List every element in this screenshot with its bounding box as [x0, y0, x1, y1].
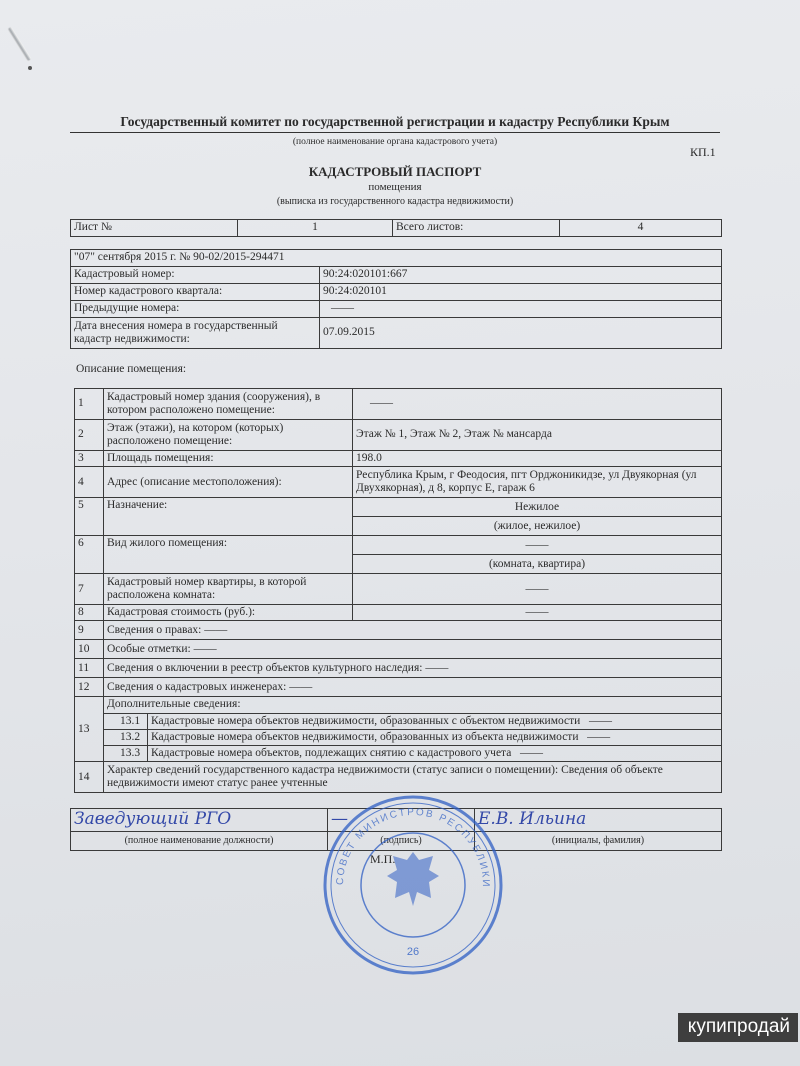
registration-label: Дата внесения номера в государственный к…	[71, 318, 320, 349]
sheet-label: Лист №	[71, 220, 238, 237]
table-row: 1 Кадастровый номер здания (сооружения),…	[75, 389, 722, 420]
sub-row-label: Кадастровые номера объектов недвижимости…	[148, 714, 722, 730]
cadastral-number: 90:24:020101:667	[320, 267, 722, 284]
row-number: 14	[75, 762, 104, 793]
row-number: 2	[75, 420, 104, 451]
row-label: Кадастровая стоимость (руб.):	[104, 605, 353, 621]
document-subtitle: помещения	[70, 181, 720, 193]
registration-label: Кадастровый номер:	[71, 267, 320, 284]
sub-row-label: Кадастровые номера объектов недвижимости…	[148, 729, 722, 745]
special-marks: Особые отметки: ——	[104, 640, 722, 659]
table-row: 13 Дополнительные сведения: 13.1 Кадастр…	[75, 697, 722, 762]
seal-label: М.П.	[370, 852, 395, 867]
row-label: Кадастровый номер здания (сооружения), в…	[104, 389, 353, 420]
purpose-hint: (жилое, нежилое)	[353, 517, 722, 536]
row-label: Кадастровый номер квартиры, в которой ра…	[104, 574, 353, 605]
residential-type-hint: (комната, квартира)	[353, 555, 722, 574]
official-seal-stamp: 26 СОВЕТ МИНИСТРОВ РЕСПУБЛИКИ КРЫМ	[318, 790, 508, 980]
record-status-info: Характер сведений государственного кадас…	[104, 762, 722, 793]
document-subtitle-note: (выписка из государственного кадастра не…	[70, 196, 720, 207]
sub-row-label: Кадастровые номера объектов, подлежащих …	[148, 746, 722, 762]
row-label: Вид жилого помещения:	[104, 536, 353, 574]
address-value: Республика Крым, г Феодосия, пгт Орджони…	[353, 467, 722, 498]
residential-type-value: ——	[353, 536, 722, 555]
watermark: купипродай	[678, 1013, 798, 1042]
cadastral-quarter: 90:24:020101	[320, 284, 722, 301]
table-row: Предыдущие номера: ——	[71, 301, 722, 318]
name-caption: (инициалы, фамилия)	[475, 832, 722, 851]
table-row: 13.2 Кадастровые номера объектов недвижи…	[104, 729, 721, 745]
table-row: 8 Кадастровая стоимость (руб.): ——	[75, 605, 722, 621]
staple-hole	[28, 66, 32, 70]
table-row: 6 Вид жилого помещения: ——	[75, 536, 722, 555]
row-number: 7	[75, 574, 104, 605]
table-row: 13.3 Кадастровые номера объектов, подлеж…	[104, 746, 721, 762]
table-row: 13.1 Кадастровые номера объектов недвижи…	[104, 714, 721, 730]
row-label: Этаж (этажи), на котором (которых) распо…	[104, 420, 353, 451]
row-number: 11	[75, 659, 104, 678]
row-number: 3	[75, 451, 104, 467]
cadastral-value: ——	[353, 605, 722, 621]
table-row: Дата внесения номера в государственный к…	[71, 318, 722, 349]
table-row: 2 Этаж (этажи), на котором (которых) рас…	[75, 420, 722, 451]
entry-date: 07.09.2015	[320, 318, 722, 349]
cadastral-engineers-info: Сведения о кадастровых инженерах: ——	[104, 678, 722, 697]
position-caption: (полное наименование должности)	[71, 832, 328, 851]
row-label: Адрес (описание местоположения):	[104, 467, 353, 498]
row-number: 1	[75, 389, 104, 420]
total-sheets-value: 4	[560, 220, 722, 237]
table-row: 14 Характер сведений государственного ка…	[75, 762, 722, 793]
row-number: 13	[75, 697, 104, 762]
form-code: КП.1	[690, 145, 716, 160]
table-row: 5 Назначение: Нежилое	[75, 498, 722, 517]
table-row: 11 Сведения о включении в реестр объекто…	[75, 659, 722, 678]
organization-name: Государственный комитет по государственн…	[70, 114, 720, 133]
description-table: 1 Кадастровый номер здания (сооружения),…	[74, 388, 722, 793]
total-sheets-label: Всего листов:	[393, 220, 560, 237]
description-section-label: Описание помещения:	[76, 363, 186, 375]
area-value: 198.0	[353, 451, 722, 467]
additional-info: Дополнительные сведения: 13.1 Кадастровы…	[104, 697, 722, 762]
table-row: Кадастровый номер: 90:24:020101:667	[71, 267, 722, 284]
table-row: 10 Особые отметки: ——	[75, 640, 722, 659]
registration-table: "07" сентября 2015 г. № 90-02/2015-29447…	[70, 249, 722, 349]
sub-row-number: 13.2	[104, 729, 148, 745]
row-number: 12	[75, 678, 104, 697]
row-number: 5	[75, 498, 104, 536]
row-number: 9	[75, 621, 104, 640]
table-row: 12 Сведения о кадастровых инженерах: ——	[75, 678, 722, 697]
additional-info-label: Дополнительные сведения:	[104, 697, 721, 713]
floors-value: Этаж № 1, Этаж № 2, Этаж № мансарда	[353, 420, 722, 451]
apartment-number-value: ——	[353, 574, 722, 605]
sheet-value: 1	[238, 220, 393, 237]
sheet-info-table: Лист № 1 Всего листов: 4	[70, 219, 722, 237]
registration-label: Номер кадастрового квартала:	[71, 284, 320, 301]
table-row: 4 Адрес (описание местоположения): Респу…	[75, 467, 722, 498]
sub-row-number: 13.3	[104, 746, 148, 762]
table-row: 3 Площадь помещения: 198.0	[75, 451, 722, 467]
sub-row-number: 13.1	[104, 714, 148, 730]
purpose-value: Нежилое	[353, 498, 722, 517]
row-number: 8	[75, 605, 104, 621]
name-handwritten: Е.В. Ильина	[475, 809, 722, 832]
document-title: КАДАСТРОВЫЙ ПАСПОРТ	[70, 164, 720, 180]
table-row: 9 Сведения о правах: ——	[75, 621, 722, 640]
building-cadastral-number: ——	[353, 389, 722, 420]
rights-info: Сведения о правах: ——	[104, 621, 722, 640]
row-label: Площадь помещения:	[104, 451, 353, 467]
cultural-heritage-info: Сведения о включении в реестр объектов к…	[104, 659, 722, 678]
position-handwritten: Заведующий РГО	[71, 809, 328, 832]
row-number: 6	[75, 536, 104, 574]
row-label: Назначение:	[104, 498, 353, 536]
svg-text:26: 26	[407, 946, 419, 958]
row-number: 4	[75, 467, 104, 498]
registration-header: "07" сентября 2015 г. № 90-02/2015-29447…	[71, 250, 722, 267]
organization-caption: (полное наименование органа кадастрового…	[70, 137, 720, 147]
registration-label: Предыдущие номера:	[71, 301, 320, 318]
table-row: 7 Кадастровый номер квартиры, в которой …	[75, 574, 722, 605]
staple	[9, 27, 32, 61]
table-row: Номер кадастрового квартала: 90:24:02010…	[71, 284, 722, 301]
previous-numbers: ——	[320, 301, 722, 318]
row-number: 10	[75, 640, 104, 659]
